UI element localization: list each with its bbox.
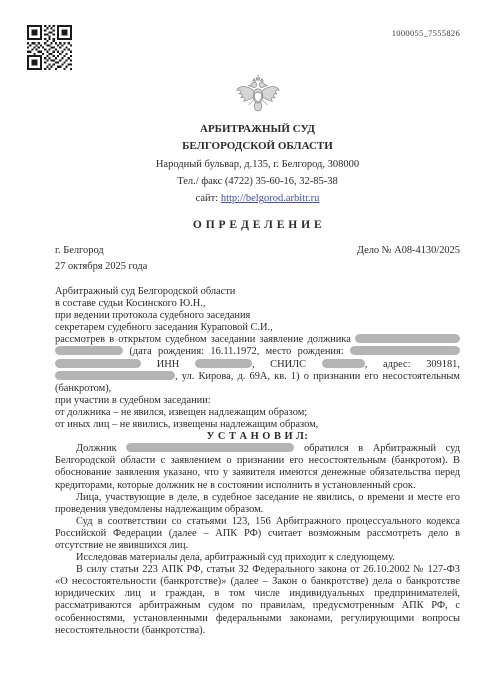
body-paragraph-5: В силу статьи 223 АПК РФ, статьи 32 Феде… (55, 564, 460, 637)
qr-code-icon (27, 25, 72, 70)
document-id-number: 1000055_7555826 (392, 28, 460, 38)
city-label: г. Белгород (55, 245, 104, 257)
intro-line: от иных лиц – не явились, извещены надле… (55, 419, 460, 431)
intro-line: в составе судьи Косинского Ю.Н., (55, 298, 460, 310)
snils-label: , СНИЛС (252, 359, 306, 370)
case-number: Дело № А08-4130/2025 (357, 245, 460, 257)
document-body: Арбитражный суд Белгородской области в с… (55, 286, 460, 637)
body-paragraph-3: Суд в соответствии со статьями 123, 156 … (55, 516, 460, 552)
court-website-row: сайт: http://belgorod.arbitr.ru (55, 193, 460, 205)
redacted-text (55, 346, 123, 355)
intro-line: при ведении протокола судебного заседани… (55, 310, 460, 322)
court-ruling-document: 1000055_7555826 АРБИТРАЖНЫЙ СУД БЕЛГОРОД… (0, 0, 495, 700)
body-paragraph-1: Должник обратился в Арбитражный суд Белг… (55, 443, 460, 491)
document-date: 27 октября 2025 года (55, 261, 460, 273)
document-top-row: 1000055_7555826 (55, 25, 460, 70)
website-label: сайт: (196, 193, 219, 204)
inn-label: ИНН (157, 359, 180, 370)
court-letterhead: АРБИТРАЖНЫЙ СУД БЕЛГОРОДСКОЙ ОБЛАСТИ Нар… (55, 124, 460, 205)
intro-line: от должника – не явился, извещен надлежа… (55, 407, 460, 419)
intro-text: (дата рождения: 16.11.1972, место рожден… (129, 346, 343, 357)
intro-text: рассмотрев в открытом судебном заседании… (55, 334, 351, 345)
intro-line-inn-snils: ИНН , СНИЛС , адрес: 309181, (55, 359, 460, 371)
intro-line: при участии в судебном заседании: (55, 395, 460, 407)
court-name-line2: БЕЛГОРОДСКОЙ ОБЛАСТИ (55, 141, 460, 152)
address-text: , адрес: 309181, (365, 359, 460, 370)
body-paragraph-2: Лица, участвующие в деле, в судебное зас… (55, 492, 460, 516)
redacted-text (55, 359, 141, 368)
redacted-text (350, 346, 460, 355)
body-paragraph-4: Исследовав материалы дела, арбитражный с… (55, 552, 460, 564)
intro-line: секретарем судебного заседания Кураповой… (55, 322, 460, 334)
intro-line-birth: (дата рождения: 16.11.1972, место рожден… (55, 346, 460, 358)
intro-text: , ул. Кирова, д. 69А, кв. 1) о признании… (175, 371, 460, 382)
website-link[interactable]: http://belgorod.arbitr.ru (221, 193, 320, 204)
document-title: О П Р Е Д Е Л Е Н И Е (55, 219, 460, 232)
intro-line: (банкротом), (55, 383, 460, 395)
case-info-row: г. Белгород Дело № А08-4130/2025 (55, 245, 460, 257)
intro-line: Арбитражный суд Белгородской области (55, 286, 460, 298)
russian-coat-of-arms-icon (55, 70, 460, 122)
intro-line-debtor: рассмотрев в открытом судебном заседании… (55, 334, 460, 346)
redacted-text (126, 443, 294, 452)
intro-line-street: , ул. Кирова, д. 69А, кв. 1) о признании… (55, 371, 460, 383)
redacted-text (195, 359, 252, 368)
redacted-text (55, 371, 175, 380)
redacted-text (322, 359, 365, 368)
court-phone: Тел./ факс (4722) 35-60-16, 32-85-38 (55, 176, 460, 188)
court-address: Народный бульвар, д.135, г. Белгород, 30… (55, 159, 460, 171)
court-name-line1: АРБИТРАЖНЫЙ СУД (55, 124, 460, 135)
ustanovil-heading: У С Т А Н О В И Л: (55, 431, 460, 443)
redacted-text (355, 334, 460, 343)
paragraph-text: Должник (76, 443, 117, 454)
